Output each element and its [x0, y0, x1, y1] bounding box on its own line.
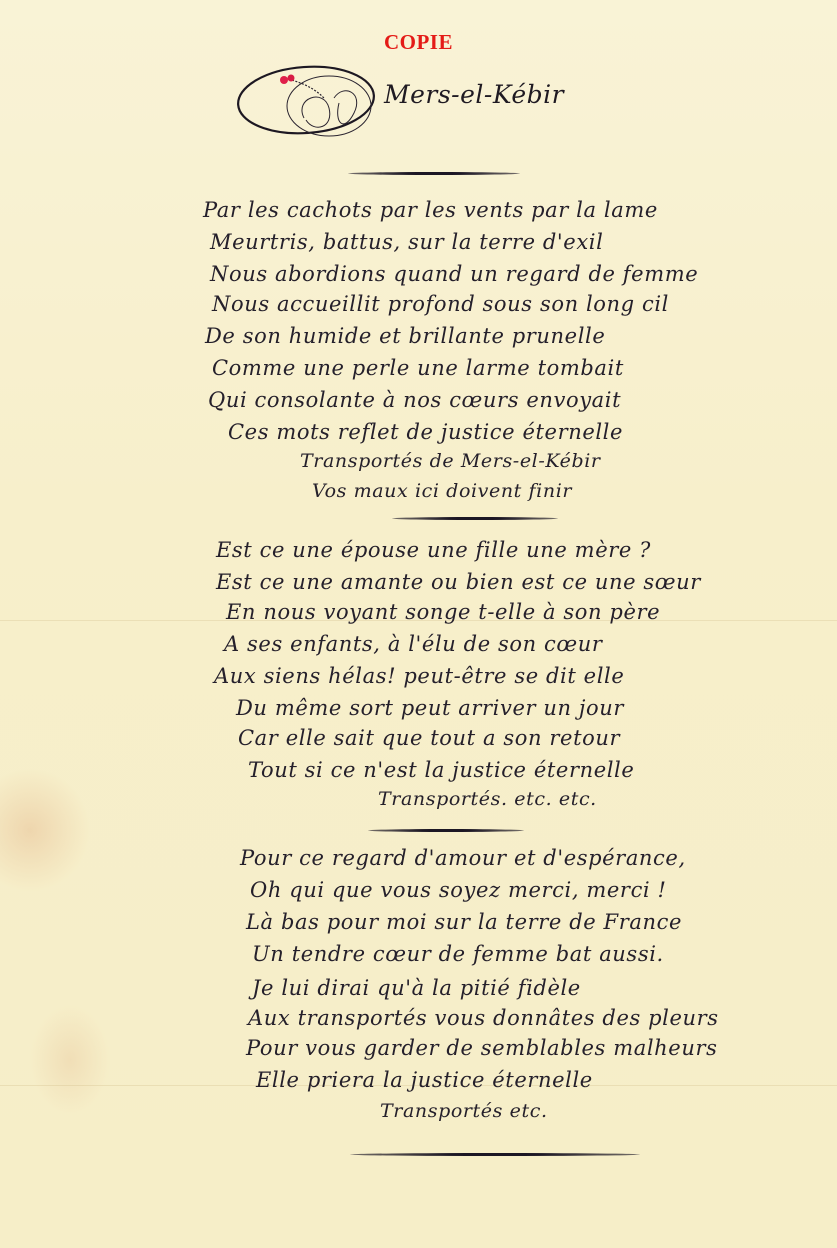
refrain-line: Transportés de Mers-el-Kébir [300, 450, 601, 472]
verse-line: Qui consolante à nos cœurs envoyait [208, 388, 621, 412]
verse-line: A ses enfants, à l'élu de son cœur [224, 632, 603, 656]
refrain-line: Transportés etc. [380, 1100, 548, 1122]
verse-line: Aux transportés vous donnâtes des pleurs [248, 1006, 719, 1030]
verse-line: Nous abordions quand un regard de femme [210, 262, 698, 286]
verse-line: Comme une perle une larme tombait [212, 356, 624, 380]
stanza-divider [392, 517, 558, 520]
verse-line: De son humide et brillante prunelle [205, 324, 605, 348]
verse-line: Car elle sait que tout a son retour [238, 726, 620, 750]
verse-line: Pour vous garder de semblables malheurs [246, 1036, 717, 1060]
stanza-divider [368, 829, 524, 832]
verse-line: Ces mots reflet de justice éternelle [228, 420, 623, 444]
verse-line: En nous voyant songe t-elle à son père [226, 600, 660, 624]
title-divider [348, 172, 520, 175]
title-block: Mers-el-Kébir [234, 58, 594, 148]
verse-line: Du même sort peut arriver un jour [236, 696, 624, 720]
closing-divider [350, 1153, 640, 1156]
manuscript-page: COPIE Mers-el-Kébir Par les cachots par … [0, 0, 837, 1248]
copy-stamp: COPIE [0, 30, 837, 55]
poem-title: Mers-el-Kébir [384, 80, 564, 109]
verse-line: Là bas pour moi sur la terre de France [246, 910, 682, 934]
verse-line: Oh qui que vous soyez merci, merci ! [250, 878, 667, 902]
verse-line: Un tendre cœur de femme bat aussi. [252, 942, 664, 966]
verse-line: Par les cachots par les vents par la lam… [203, 198, 658, 222]
verse-line: Meurtris, battus, sur la terre d'exil [210, 230, 603, 254]
verse-line: Aux siens hélas! peut-être se dit elle [214, 664, 624, 688]
verse-line: Tout si ce n'est la justice éternelle [248, 758, 634, 782]
verse-line: Nous accueillit profond sous son long ci… [212, 292, 669, 316]
verse-line: Est ce une amante ou bien est ce une sœu… [216, 570, 701, 594]
refrain-line: Transportés. etc. etc. [378, 788, 597, 810]
red-seal-icon [280, 76, 288, 84]
refrain-line: Vos maux ici doivent finir [312, 480, 572, 502]
verse-line: Je lui dirai qu'à la pitié fidèle [252, 976, 581, 1000]
verse-line: Pour ce regard d'amour et d'espérance, [240, 846, 686, 870]
verse-line: Elle priera la justice éternelle [256, 1068, 593, 1092]
verse-line: Est ce une épouse une fille une mère ? [216, 538, 651, 562]
calligraphic-flourish-icon [234, 58, 394, 148]
